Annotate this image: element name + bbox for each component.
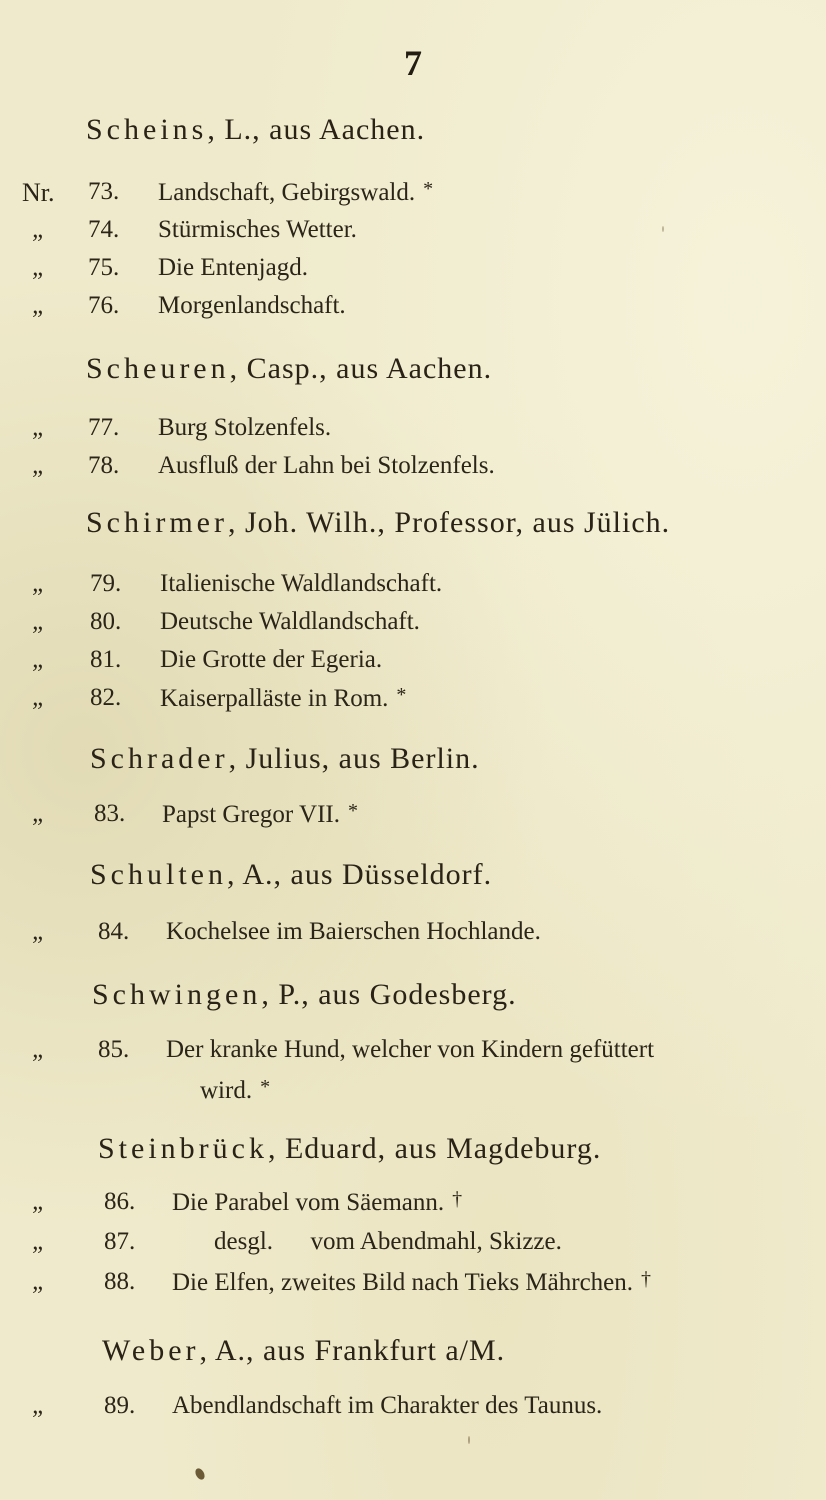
entry-number: 84.	[98, 918, 129, 946]
artist-name: Scheuren	[86, 352, 230, 385]
entry-title: Stürmisches Wetter.	[158, 216, 357, 244]
entry-number: 78.	[88, 452, 119, 480]
catalogue-entry: „ 85. Der kranke Hund, welcher von Kinde…	[32, 1036, 822, 1070]
catalogue-entry: „ 82. Kaiserpalläste in Rom.*	[32, 684, 812, 718]
catalogue-entry: „ 87. desgl. vom Abendmahl, Skizze.	[32, 1228, 812, 1262]
entry-number: 79.	[90, 570, 121, 598]
entry-number: 83.	[94, 800, 125, 828]
entry-number: 86.	[104, 1188, 135, 1216]
dagger-mark: †	[641, 1268, 651, 1290]
catalogue-entry: „ 76. Morgenlandschaft.	[32, 292, 812, 326]
entry-number: 75.	[88, 254, 119, 282]
catalogue-entry: „ 86. Die Parabel vom Säemann.†	[32, 1188, 812, 1222]
entry-title: Abendlandschaft im Charakter des Taunus.	[172, 1392, 602, 1420]
artist-heading-scheins: Scheins, L., aus Aachen.	[86, 113, 425, 147]
entry-title: Morgenlandschaft.	[158, 292, 346, 320]
entry-number: 77.	[88, 414, 119, 442]
artist-heading-schulten: Schulten, A., aus Düsseldorf.	[90, 858, 492, 892]
artist-name: Schrader	[90, 742, 229, 775]
catalogue-entry: „ 89. Abendlandschaft im Charakter des T…	[32, 1392, 812, 1426]
catalogue-entry: Nr. 73. Landschaft, Gebirgswald.*	[22, 178, 802, 212]
catalogue-entry: „ 77. Burg Stolzenfels.	[32, 414, 812, 448]
ditto-mark: „	[32, 1036, 100, 1064]
artist-details: , Joh. Wilh., Professor, aus Jülich.	[228, 506, 670, 539]
entry-number: 81.	[90, 646, 121, 674]
entry-title: Kochelsee im Baierschen Hochlande.	[166, 918, 541, 946]
continuation-text: wird.	[200, 1077, 252, 1104]
ditto-mark: „	[32, 1268, 100, 1296]
entry-title: Deutsche Waldlandschaft.	[160, 608, 420, 636]
entry-title: Die Parabel vom Säemann.	[172, 1189, 444, 1216]
artist-heading-schwingen: Schwingen, P., aus Godesberg.	[92, 978, 517, 1012]
artist-heading-steinbrueck: Steinbrück, Eduard, aus Magdeburg.	[98, 1132, 601, 1166]
artist-details: , Eduard, aus Magdeburg.	[268, 1132, 601, 1165]
artist-name: Schulten	[90, 858, 227, 891]
artist-name: Schirmer	[86, 506, 228, 539]
entry-number: 88.	[104, 1268, 135, 1296]
entry-prefix: Nr.	[22, 178, 90, 208]
entry-title: Die Grotte der Egeria.	[160, 646, 382, 674]
entry-number: 85.	[98, 1036, 129, 1064]
catalogue-entry: „ 81. Die Grotte der Egeria.	[32, 646, 812, 680]
entry-number: 74.	[88, 216, 119, 244]
artist-name: Weber	[102, 1334, 200, 1367]
catalogue-entry: „ 84. Kochelsee im Baierschen Hochlande.	[32, 918, 812, 952]
asterisk-mark: *	[260, 1076, 270, 1098]
asterisk-mark: *	[396, 684, 406, 706]
artist-details: , A., aus Frankfurt a/M.	[200, 1334, 506, 1367]
artist-heading-scheuren: Scheuren, Casp., aus Aachen.	[86, 352, 492, 386]
artist-heading-schrader: Schrader, Julius, aus Berlin.	[90, 742, 480, 776]
catalogue-page: 7 Scheins, L., aus Aachen. Nr. 73. Lands…	[0, 0, 826, 1500]
entry-title: desgl. vom Abendmahl, Skizze.	[214, 1228, 562, 1256]
artist-details: , P., aus Godesberg.	[261, 978, 516, 1011]
artist-details: , L., aus Aachen.	[207, 113, 425, 146]
ditto-mark: „	[32, 1188, 100, 1216]
artist-details: , A., aus Düsseldorf.	[227, 858, 492, 891]
entry-number: 82.	[90, 684, 121, 712]
paper-speck	[468, 1436, 470, 1444]
artist-name: Steinbrück	[98, 1132, 268, 1165]
catalogue-entry: „ 74. Stürmisches Wetter.	[32, 216, 812, 250]
entry-title: Ausfluß der Lahn bei Stolzenfels.	[158, 452, 495, 480]
artist-heading-weber: Weber, A., aus Frankfurt a/M.	[102, 1334, 505, 1368]
asterisk-mark: *	[423, 178, 433, 200]
page-number: 7	[0, 42, 826, 84]
artist-name: Scheins	[86, 113, 207, 146]
entry-number: 76.	[88, 292, 119, 320]
catalogue-entry: „ 79. Italienische Waldlandschaft.	[32, 570, 812, 604]
catalogue-entry: „ 88. Die Elfen, zweites Bild nach Tieks…	[32, 1268, 822, 1302]
entry-number: 87.	[104, 1228, 135, 1256]
dagger-mark: †	[452, 1188, 462, 1210]
artist-details: , Casp., aus Aachen.	[230, 352, 492, 385]
entry-title: Die Elfen, zweites Bild nach Tieks Mährc…	[172, 1269, 633, 1296]
entry-number: 89.	[104, 1392, 135, 1420]
asterisk-mark: *	[348, 800, 358, 822]
catalogue-entry: „ 80. Deutsche Waldlandschaft.	[32, 608, 812, 642]
ditto-mark: „	[32, 800, 100, 828]
entry-title: Papst Gregor VII.	[162, 801, 340, 828]
entry-number: 73.	[88, 178, 119, 206]
entry-title: Die Entenjagd.	[158, 254, 308, 282]
entry-title: Italienische Waldlandschaft.	[160, 570, 442, 598]
catalogue-entry: „ 75. Die Entenjagd.	[32, 254, 812, 288]
entry-title: Kaiserpalläste in Rom.	[160, 685, 388, 712]
ditto-mark: „	[32, 1228, 100, 1256]
artist-name: Schwingen	[92, 978, 261, 1011]
paper-speck	[194, 1467, 207, 1481]
entry-number: 80.	[90, 608, 121, 636]
ditto-mark: „	[32, 1392, 100, 1420]
catalogue-entry: „ 78. Ausfluß der Lahn bei Stolzenfels.	[32, 452, 812, 486]
ditto-mark: „	[32, 918, 100, 946]
artist-heading-schirmer: Schirmer, Joh. Wilh., Professor, aus Jül…	[86, 506, 670, 540]
entry-title: Der kranke Hund, welcher von Kindern gef…	[166, 1036, 654, 1064]
entry-title: Burg Stolzenfels.	[158, 414, 331, 442]
artist-details: , Julius, aus Berlin.	[229, 742, 480, 775]
paper-speck	[662, 226, 664, 232]
entry-title-continuation: wird.*	[200, 1076, 270, 1105]
catalogue-entry: „ 83. Papst Gregor VII.*	[32, 800, 812, 834]
entry-title: Landschaft, Gebirgswald.	[158, 179, 415, 206]
